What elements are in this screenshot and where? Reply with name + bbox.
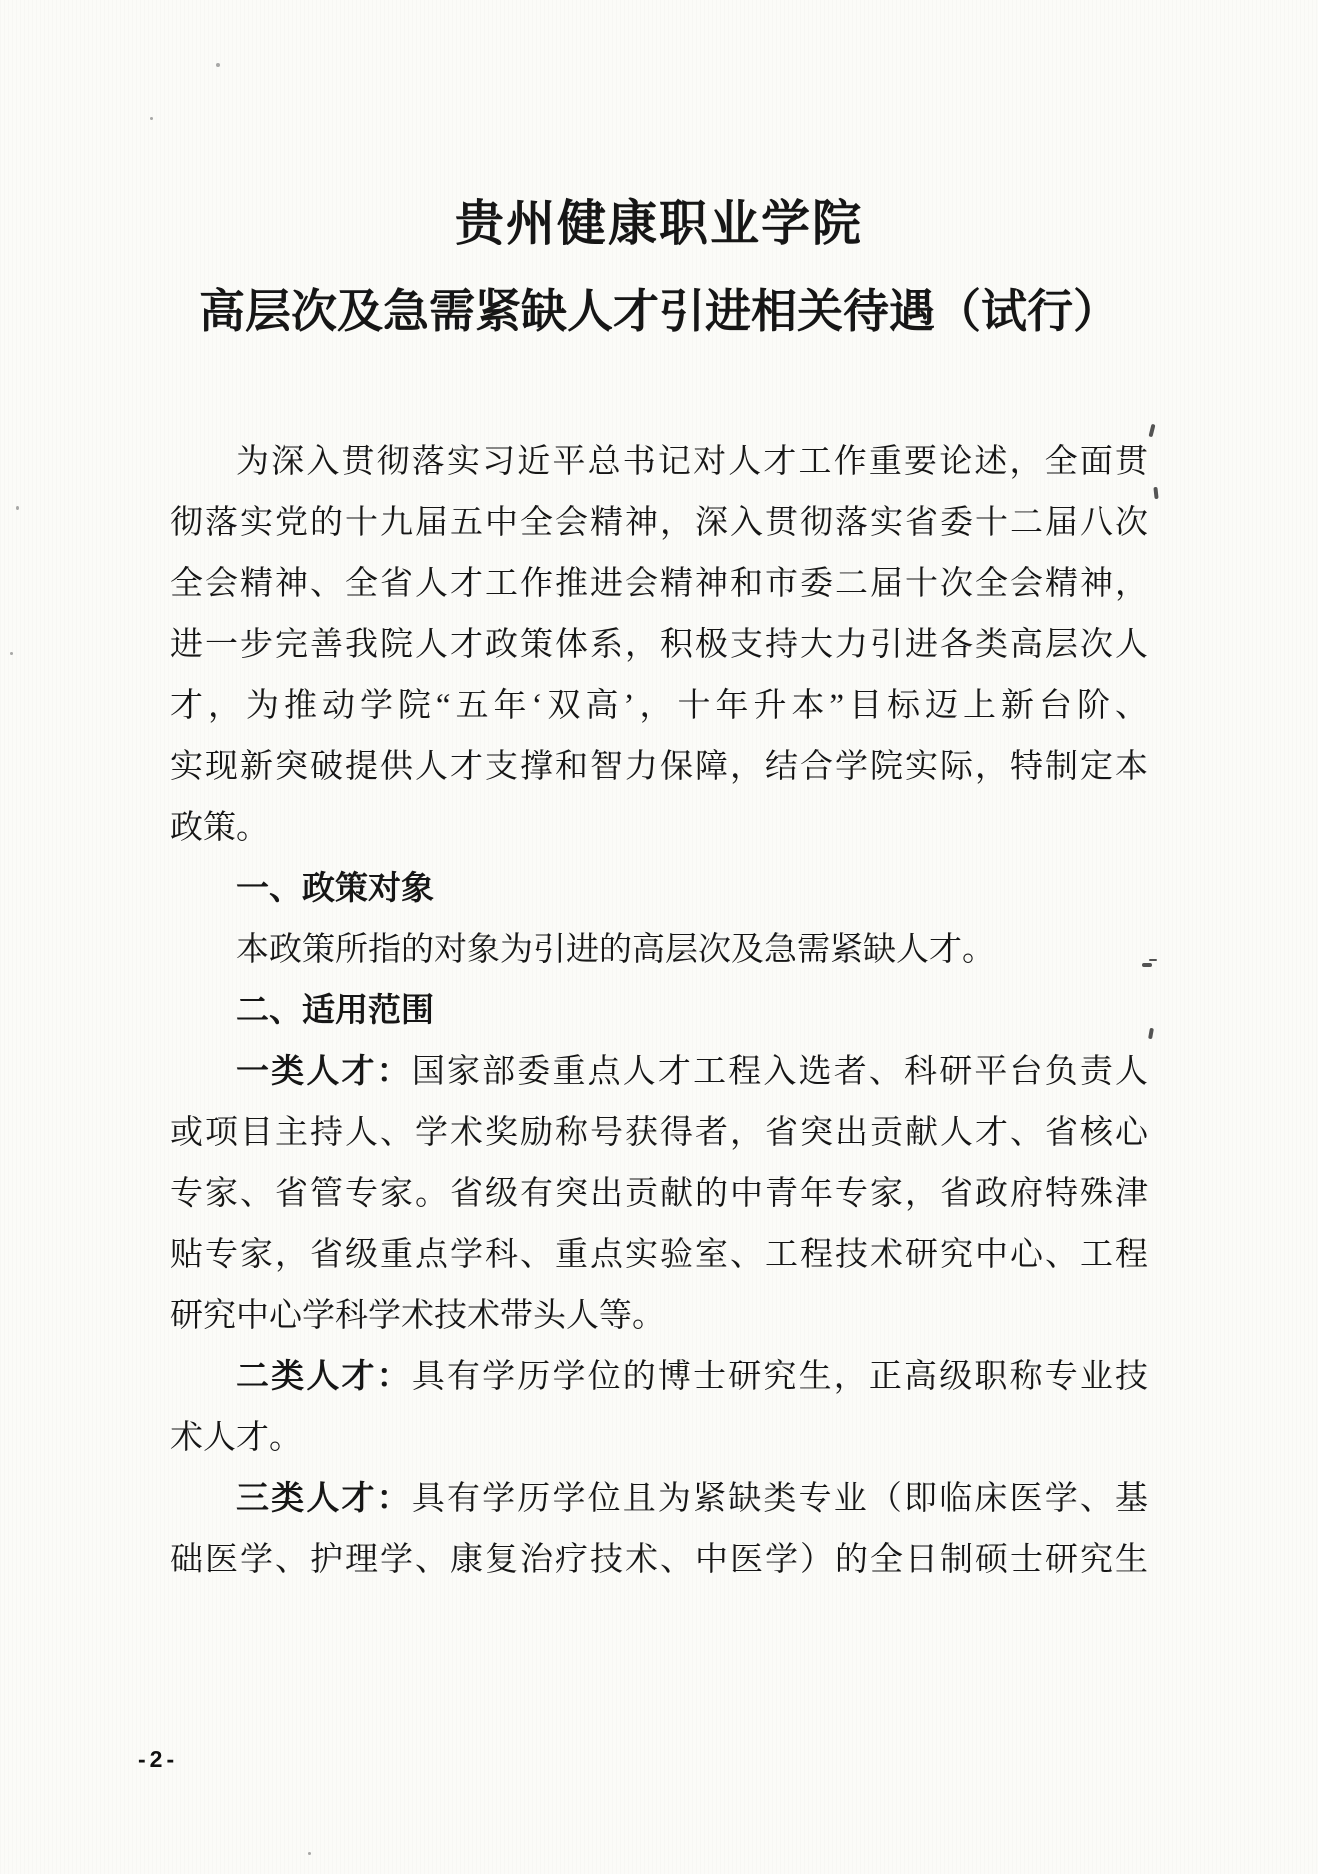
line-text: 国家部委重点人才工程入选者、科研平台负责人 [412,1054,1148,1090]
page-number: -2- [138,1746,178,1773]
scan-speck [1142,963,1152,967]
paragraph-line: 才，为推动学院“五年‘双高’，十年升本”目标迈上新台阶、 [170,676,1148,737]
document-body: 为深入贯彻落实习近平总书记对人才工作重要论述，全面贯 彻落实党的十九届五中全会精… [170,432,1148,1591]
scan-speck [216,63,220,67]
line-text: 具有学历学位的博士研究生，正高级职称专业技 [412,1359,1148,1395]
section-heading-1: 一、政策对象 [170,859,1148,920]
document-title: 贵州健康职业学院 高层次及急需紧缺人才引进相关待遇（试行） [170,196,1148,340]
scan-speck [1148,1028,1154,1040]
paragraph-line: 础医学、护理学、康复治疗技术、中医学）的全日制硕士研究生 [170,1530,1148,1591]
paragraph-line: 三类人才：具有学历学位且为紧缺类专业（即临床医学、基 [170,1469,1148,1530]
paragraph-line: 彻落实党的十九届五中全会精神，深入贯彻落实省委十二届八次 [170,493,1148,554]
scan-speck [150,117,153,120]
scanned-document-page: 贵州健康职业学院 高层次及急需紧缺人才引进相关待遇（试行） 为深入贯彻落实习近平… [0,0,1318,1874]
scan-speck [10,652,13,655]
paragraph-line: 专家、省管专家。省级有突出贡献的中青年专家，省政府特殊津 [170,1164,1148,1225]
term-lead-category-2: 二类人才： [236,1359,412,1395]
scan-speck [1148,424,1155,438]
paragraph-line: 术人才。 [170,1408,1148,1469]
title-line-2: 高层次及急需紧缺人才引进相关待遇（试行） [170,284,1148,339]
paragraph-line: 研究中心学科学术技术带头人等。 [170,1286,1148,1347]
paragraph-line: 一类人才：国家部委重点人才工程入选者、科研平台负责人 [170,1042,1148,1103]
scan-speck [308,1852,311,1855]
paragraph-line: 为深入贯彻落实习近平总书记对人才工作重要论述，全面贯 [170,432,1148,493]
line-text: 具有学历学位且为紧缺类专业（即临床医学、基 [412,1481,1148,1517]
paragraph-line: 政策。 [170,798,1148,859]
scan-speck [1153,487,1158,499]
term-lead-category-1: 一类人才： [236,1054,412,1090]
paragraph-line: 实现新突破提供人才支撑和智力保障，结合学院实际，特制定本 [170,737,1148,798]
section-heading-2: 二、适用范围 [170,981,1148,1042]
term-lead-category-3: 三类人才： [236,1481,412,1517]
paragraph-line: 全会精神、全省人才工作推进会精神和市委二届十次全会精神， [170,554,1148,615]
paragraph-line: 本政策所指的对象为引进的高层次及急需紧缺人才。 [170,920,1148,981]
scan-speck [16,506,19,510]
title-line-1: 贵州健康职业学院 [170,196,1148,252]
paragraph-line: 或项目主持人、学术奖励称号获得者，省突出贡献人才、省核心 [170,1103,1148,1164]
paragraph-line: 二类人才：具有学历学位的博士研究生，正高级职称专业技 [170,1347,1148,1408]
paragraph-line: 进一步完善我院人才政策体系，积极支持大力引进各类高层次人 [170,615,1148,676]
paragraph-line: 贴专家，省级重点学科、重点实验室、工程技术研究中心、工程 [170,1225,1148,1286]
